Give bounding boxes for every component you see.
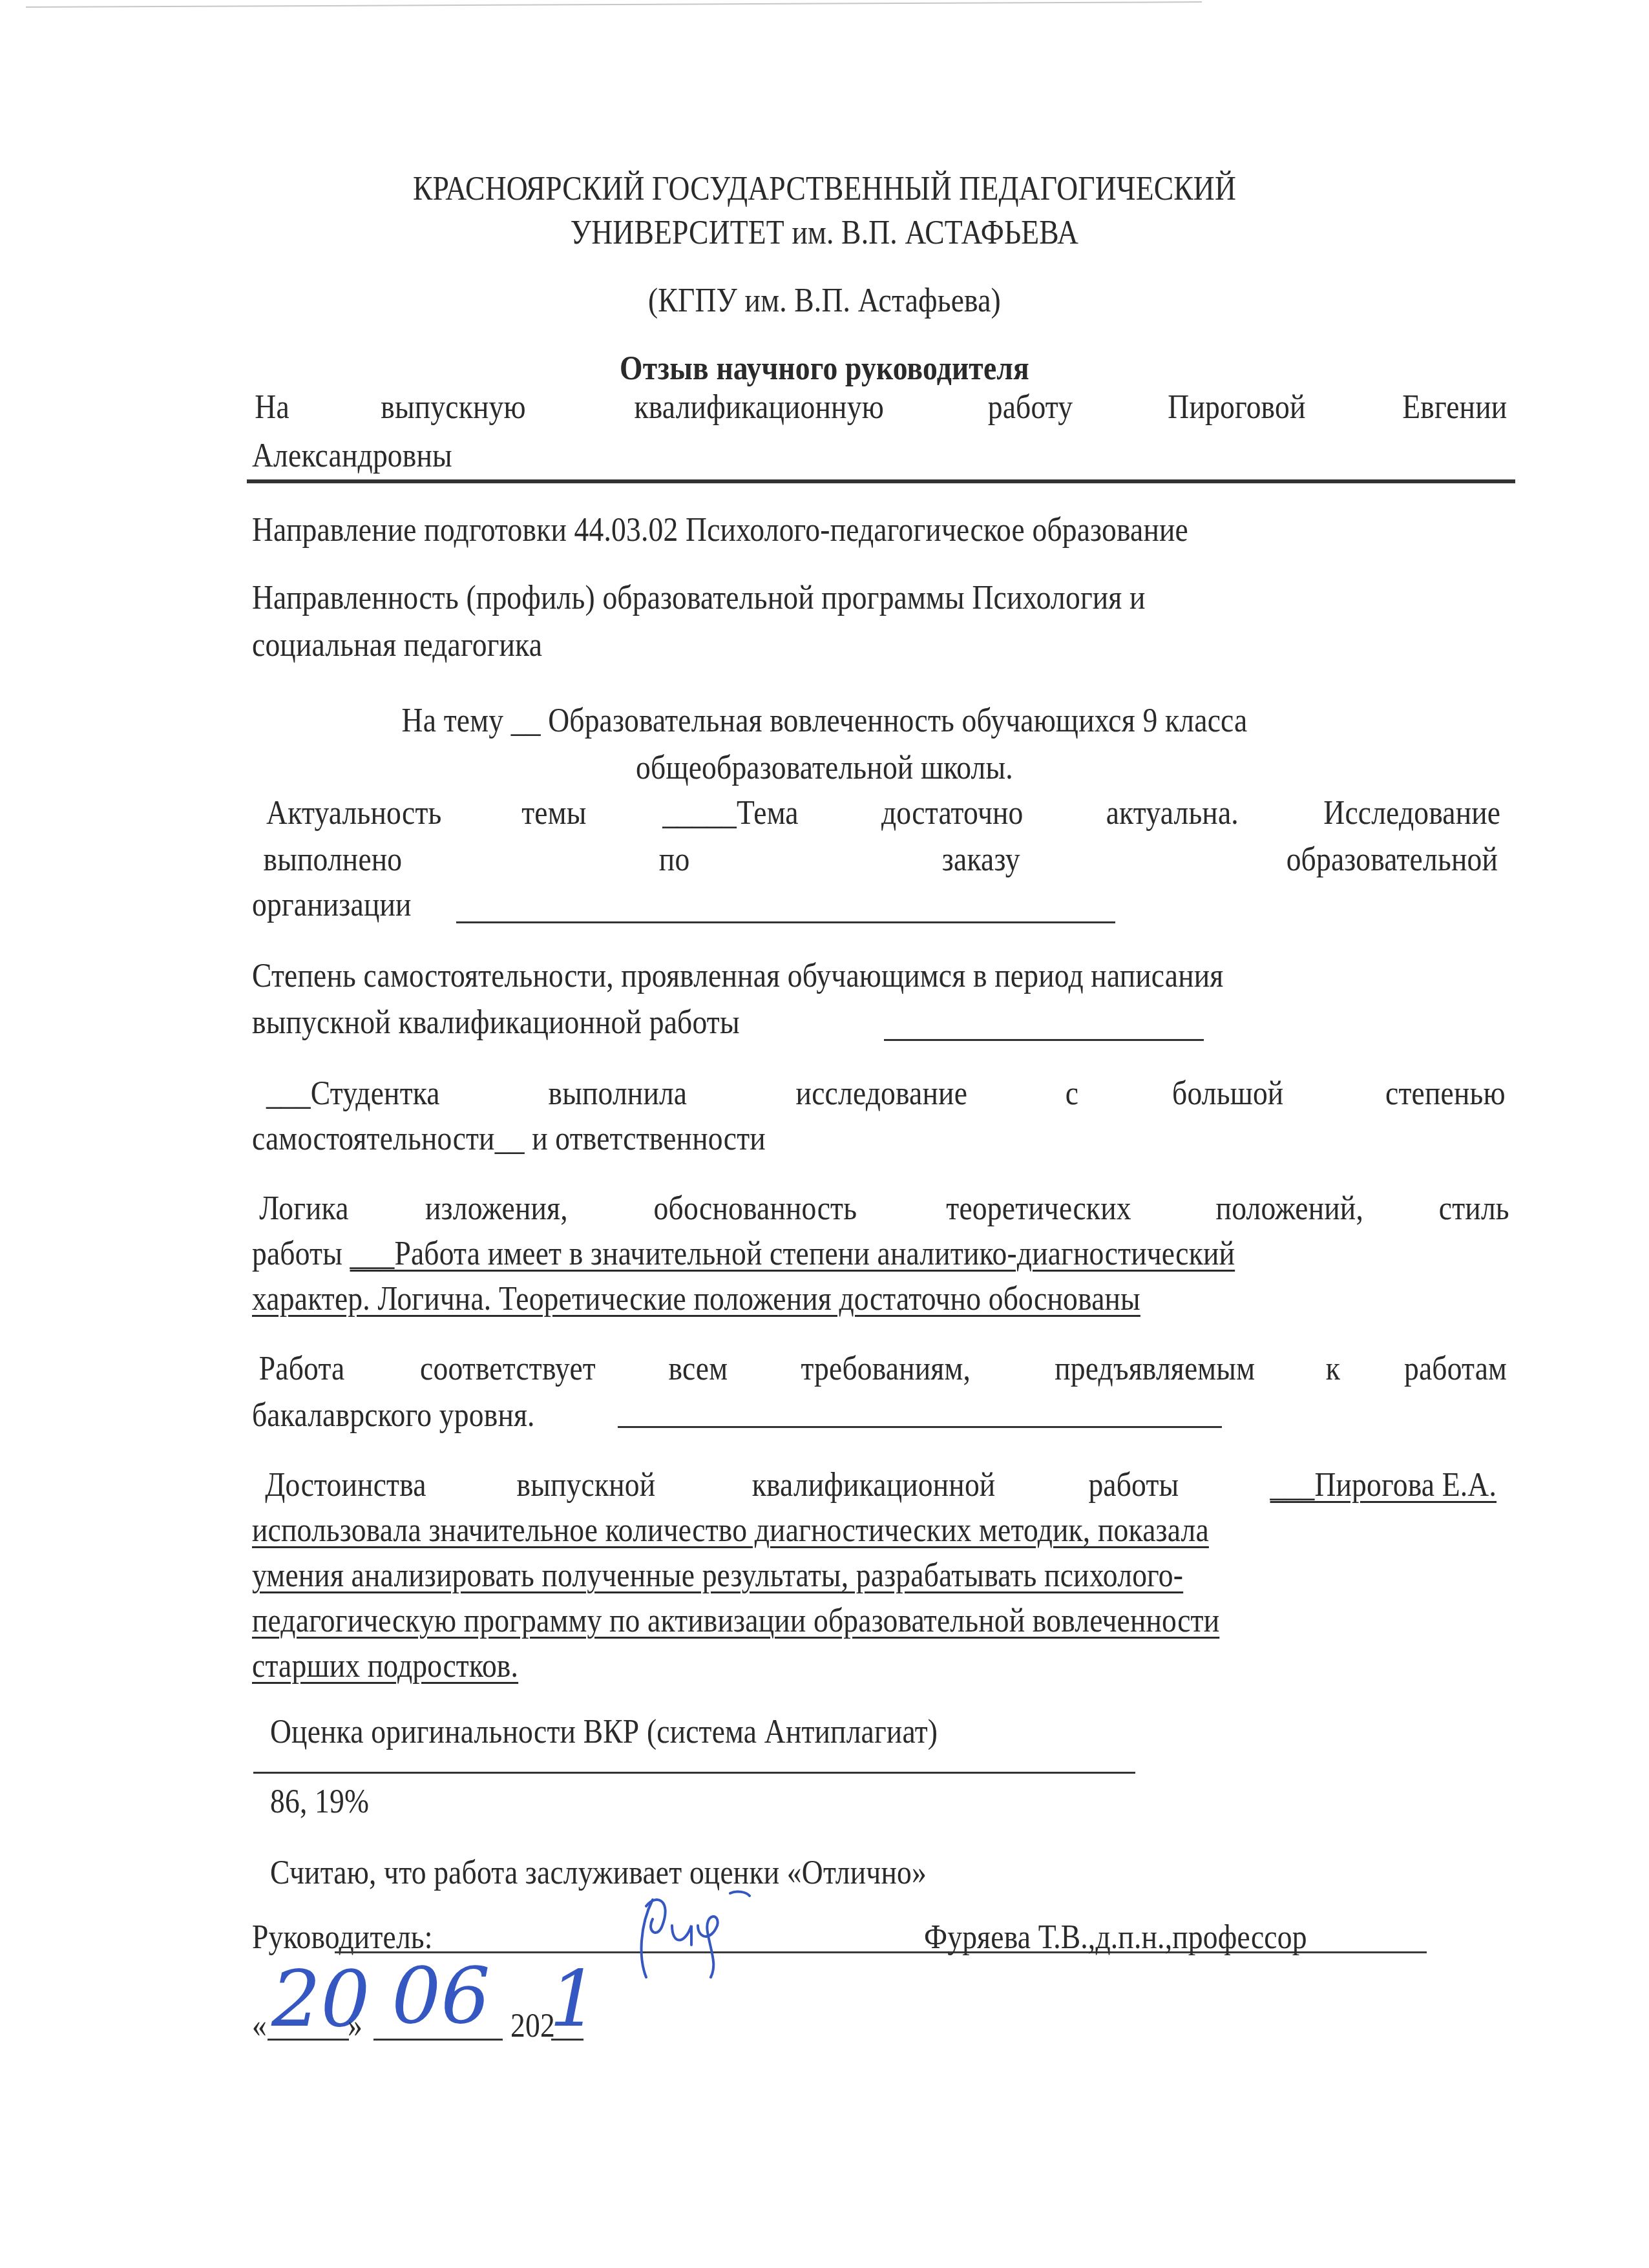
- logic-word: положений,: [1216, 1189, 1363, 1228]
- relevance-line1: Актуальность темы _____Тема достаточно а…: [252, 793, 1515, 832]
- req-word: предъявляемым: [1055, 1349, 1255, 1388]
- req-word: работам: [1404, 1349, 1507, 1388]
- logic-line1: Логика изложения, обоснованность теорети…: [252, 1189, 1515, 1228]
- independence-line2: выпускной квалификационной работы: [252, 1003, 740, 1042]
- intro-word: работу: [988, 388, 1073, 426]
- logic-label: работы: [252, 1235, 350, 1272]
- req-word: соответствует: [420, 1349, 596, 1388]
- answer-word: с: [1066, 1074, 1078, 1113]
- relevance-word: заказу: [941, 840, 1020, 879]
- intro-word: На: [255, 388, 289, 426]
- answer-word: большой: [1172, 1074, 1283, 1113]
- merits-answer: ___Пирогова Е.А.: [1270, 1465, 1497, 1504]
- merits-word: Достоинства: [265, 1465, 426, 1504]
- logic-word: Логика: [259, 1189, 348, 1228]
- date-month: 06: [392, 1955, 490, 2039]
- logic-word: стиль: [1439, 1189, 1509, 1228]
- logic-word: изложения,: [425, 1189, 568, 1228]
- topic-line1: На тему __ Образовательная вовлеченность…: [269, 701, 1380, 740]
- logic-word: обоснованность: [654, 1189, 857, 1228]
- relevance-word: образовательной: [1287, 840, 1498, 879]
- blank-line: [456, 921, 1115, 923]
- req-word: к: [1326, 1349, 1340, 1388]
- merits-line5: старших подростков.: [252, 1646, 518, 1685]
- merits-word: работы: [1088, 1465, 1179, 1504]
- logic-answer: ___Работа имеет в значительной степени а…: [350, 1235, 1235, 1272]
- date-close-quote: »: [348, 2006, 362, 2045]
- originality-label: Оценка оригинальности ВКР (система Антип…: [270, 1712, 938, 1751]
- merits-line3: умения анализировать полученные результа…: [252, 1556, 1183, 1595]
- university-name-line2: УНИВЕРСИТЕТ им. В.П. АСТАФЬЕВА: [269, 213, 1380, 252]
- scan-edge: [26, 1, 1202, 8]
- date-open-quote: «: [252, 2006, 267, 2045]
- merits-line4: педагогическую программу по активизации …: [252, 1601, 1219, 1640]
- blank-line: [618, 1426, 1222, 1428]
- relevance-word: темы: [521, 793, 586, 832]
- requirements-line1: Работа соответствует всем требованиям, п…: [252, 1349, 1515, 1388]
- student-patronymic: Александровны: [252, 436, 452, 475]
- intro-line1: На выпускную квалификационную работу Пир…: [252, 388, 1515, 426]
- relevance-word: выполнено: [263, 840, 402, 879]
- merits-line1: Достоинства выпускной квалификационной р…: [252, 1465, 1515, 1504]
- req-word: Работа: [259, 1349, 345, 1388]
- logic-line3: характер. Логична. Теоретические положен…: [252, 1279, 1140, 1318]
- program-profile-line2: социальная педагогика: [252, 625, 542, 664]
- date-year-prefix: 202: [510, 2006, 555, 2045]
- originality-value: 86, 19%: [270, 1782, 369, 1821]
- header-divider: [247, 479, 1515, 483]
- topic-line2: общеобразовательной школы.: [269, 748, 1380, 787]
- independence-line1: Степень самостоятельности, проявленная о…: [252, 956, 1223, 995]
- grade-statement: Считаю, что работа заслуживает оценки «О…: [270, 1853, 927, 1892]
- intro-word: Евгении: [1402, 388, 1507, 426]
- merits-word: квалификационной: [752, 1465, 996, 1504]
- answer-word: выполнила: [549, 1074, 688, 1113]
- relevance-word: Актуальность: [266, 793, 441, 832]
- university-abbreviation: (КГПУ им. В.П. Астафьева): [269, 281, 1380, 320]
- answer-word: ___Студентка: [266, 1074, 440, 1113]
- document-title: Отзыв научного руководителя: [269, 349, 1380, 388]
- blank-line: [884, 1039, 1204, 1041]
- logic-word: теоретических: [946, 1189, 1131, 1228]
- relevance-word: _____Тема: [663, 793, 799, 832]
- intro-word: Пироговой: [1168, 388, 1305, 426]
- training-direction: Направление подготовки 44.03.02 Психолог…: [252, 510, 1188, 549]
- topic-text: Образовательная вовлеченность обучающихс…: [548, 702, 1247, 739]
- relevance-word: актуальна.: [1106, 793, 1238, 832]
- req-word: требованиям,: [801, 1349, 971, 1388]
- intro-word: квалификационную: [635, 388, 884, 426]
- merits-line2: использовала значительное количество диа…: [252, 1511, 1209, 1549]
- university-name-line1: КРАСНОЯРСКИЙ ГОСУДАРСТВЕННЫЙ ПЕДАГОГИЧЕС…: [269, 169, 1380, 208]
- date-year-suffix: 1: [549, 1958, 598, 2042]
- relevance-word: достаточно: [881, 793, 1024, 832]
- independence-answer-line1: ___Студентка выполнила исследование с бо…: [252, 1074, 1515, 1113]
- answer-word: исследование: [796, 1074, 967, 1113]
- answer-word: степенью: [1385, 1074, 1506, 1113]
- relevance-word: по: [659, 840, 690, 879]
- program-profile-line1: Направленность (профиль) образовательной…: [252, 578, 1146, 617]
- intro-word: выпускную: [381, 388, 525, 426]
- independence-answer-line2: самостоятельности__ и ответственности: [252, 1119, 766, 1158]
- scanned-review-page: КРАСНОЯРСКИЙ ГОСУДАРСТВЕННЫЙ ПЕДАГОГИЧЕС…: [0, 0, 1649, 2268]
- topic-prefix: На тему __: [402, 702, 549, 739]
- requirements-line2: бакалаврского уровня.: [252, 1396, 535, 1434]
- handwritten-signature-icon: [633, 1887, 788, 1984]
- req-word: всем: [669, 1349, 728, 1388]
- relevance-line2: выполнено по заказу образовательной: [252, 840, 1515, 879]
- logic-line2: работы ___Работа имеет в значительной ст…: [252, 1234, 1235, 1273]
- relevance-word: Исследование: [1324, 793, 1501, 832]
- merits-word: выпускной: [516, 1465, 655, 1504]
- blank-line: [253, 1772, 1135, 1774]
- supervisor-name: Фуряева Т.В.,д.п.н.,профессор: [924, 1918, 1307, 1957]
- signature-label: Руководитель:: [252, 1918, 433, 1957]
- relevance-line3: организации: [252, 885, 412, 924]
